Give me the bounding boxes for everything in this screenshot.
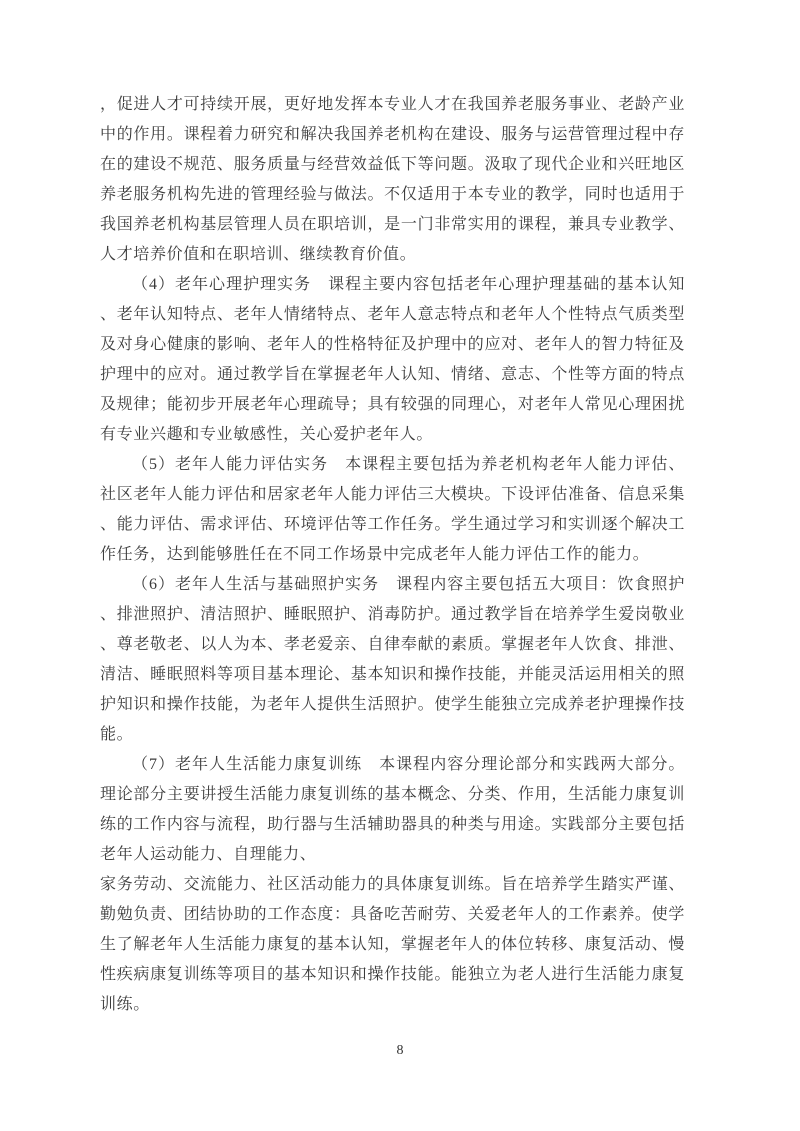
paragraph-continuation: ，促进人才可持续开展，更好地发挥本专业人才在我国养老服务事业、老龄产业中的作用。… xyxy=(100,90,685,270)
paragraph-course-7-rehab-training-part2: 家务劳动、交流能力、社区活动能力的具体康复训练。旨在培养学生踏实严谨、勤勉负责、… xyxy=(100,870,685,1020)
paragraph-course-7-rehab-training-part1: （7）老年人生活能力康复训练 本课程内容分理论部分和实践两大部分。理论部分主要讲… xyxy=(100,750,685,870)
page-number: 8 xyxy=(0,1042,800,1060)
paragraph-course-5-ability-assessment: （5）老年人能力评估实务 本课程主要包括为养老机构老年人能力评估、社区老年人能力… xyxy=(100,450,685,570)
document-body: ，促进人才可持续开展，更好地发挥本专业人才在我国养老服务事业、老龄产业中的作用。… xyxy=(100,90,685,1020)
document-page: ，促进人才可持续开展，更好地发挥本专业人才在我国养老服务事业、老龄产业中的作用。… xyxy=(0,0,800,1131)
paragraph-course-4-psychological-care: （4）老年心理护理实务 课程主要内容包括老年心理护理基础的基本认知、老年认知特点… xyxy=(100,270,685,450)
paragraph-course-6-life-basic-care: （6）老年人生活与基础照护实务 课程内容主要包括五大项目：饮食照护、排泄照护、清… xyxy=(100,570,685,750)
